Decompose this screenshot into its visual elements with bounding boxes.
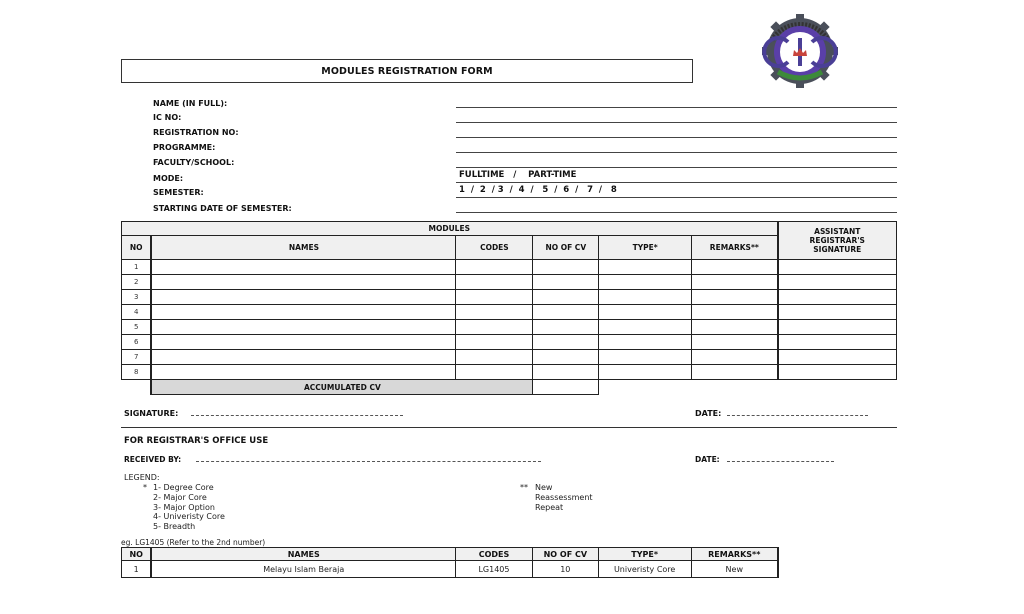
example-cv: 10 bbox=[532, 561, 598, 578]
row-number: 7 bbox=[122, 350, 152, 365]
example-col-no-of-cv: NO OF CV bbox=[532, 548, 598, 561]
module-remarks-cell[interactable] bbox=[692, 320, 778, 335]
col-no: NO bbox=[122, 236, 152, 260]
example-no: 1 bbox=[122, 561, 152, 578]
table-row: 6 bbox=[122, 335, 897, 350]
table-row: 1 bbox=[122, 260, 897, 275]
module-cv-cell[interactable] bbox=[533, 350, 599, 365]
module-code-cell[interactable] bbox=[456, 320, 533, 335]
mode-field-line bbox=[456, 182, 897, 183]
col-type: TYPE* bbox=[599, 236, 692, 260]
name-label: NAME (IN FULL): bbox=[153, 98, 227, 110]
signature-date-field[interactable] bbox=[727, 415, 868, 416]
example-name: Melayu Islam Beraja bbox=[151, 561, 455, 578]
mode-options[interactable]: FULLTIME / PART-TIME bbox=[459, 169, 576, 181]
row-number: 6 bbox=[122, 335, 152, 350]
starting-date-field[interactable] bbox=[456, 212, 897, 213]
module-remarks-cell[interactable] bbox=[692, 290, 778, 305]
module-type-cell[interactable] bbox=[599, 305, 692, 320]
module-type-cell[interactable] bbox=[599, 365, 692, 380]
blank-cell bbox=[122, 380, 152, 395]
signature-label: SIGNATURE: bbox=[124, 409, 178, 418]
name-field[interactable] bbox=[456, 107, 897, 108]
signature-cell[interactable] bbox=[778, 335, 897, 350]
module-remarks-cell[interactable] bbox=[692, 350, 778, 365]
example-remarks: New bbox=[691, 561, 778, 578]
table-row: 7 bbox=[122, 350, 897, 365]
blank-cell bbox=[599, 380, 897, 395]
module-name-cell[interactable] bbox=[151, 275, 455, 290]
col-remarks: REMARKS** bbox=[692, 236, 778, 260]
signature-cell[interactable] bbox=[778, 305, 897, 320]
table-row: 1 Melayu Islam Beraja LG1405 10 Univeris… bbox=[122, 561, 779, 578]
received-by-label: RECEIVED BY: bbox=[124, 455, 181, 464]
semester-field-line bbox=[456, 197, 897, 198]
row-number: 8 bbox=[122, 365, 152, 380]
faculty-field[interactable] bbox=[456, 167, 897, 168]
module-name-cell[interactable] bbox=[151, 305, 455, 320]
example-col-names: NAMES bbox=[151, 548, 455, 561]
table-row: 2 bbox=[122, 275, 897, 290]
module-code-cell[interactable] bbox=[456, 365, 533, 380]
module-name-cell[interactable] bbox=[151, 290, 455, 305]
mode-label: MODE: bbox=[153, 173, 183, 185]
module-code-cell[interactable] bbox=[456, 335, 533, 350]
module-cv-cell[interactable] bbox=[533, 365, 599, 380]
signature-field[interactable] bbox=[191, 415, 403, 416]
row-number: 2 bbox=[122, 275, 152, 290]
ic-no-label: IC NO: bbox=[153, 112, 181, 124]
signature-cell[interactable] bbox=[778, 290, 897, 305]
col-codes: CODES bbox=[456, 236, 533, 260]
module-code-cell[interactable] bbox=[456, 290, 533, 305]
form-title: MODULES REGISTRATION FORM bbox=[121, 59, 693, 83]
assistant-registrar-signature-header: ASSISTANT REGISTRAR'S SIGNATURE bbox=[778, 222, 897, 260]
module-remarks-cell[interactable] bbox=[692, 260, 778, 275]
received-by-field[interactable] bbox=[196, 461, 541, 462]
example-code: LG1405 bbox=[456, 561, 533, 578]
legend-item: 3- Major Option bbox=[153, 503, 225, 513]
registrar-date-label: DATE: bbox=[695, 455, 720, 464]
programme-label: PROGRAMME: bbox=[153, 142, 215, 154]
example-col-no: NO bbox=[122, 548, 152, 561]
modules-group-header: MODULES bbox=[122, 222, 778, 236]
legend-item: 2- Major Core bbox=[153, 493, 225, 503]
col-no-of-cv: NO OF CV bbox=[533, 236, 599, 260]
remarks-legend: New Reassessment Repeat bbox=[535, 483, 593, 512]
example-col-codes: CODES bbox=[456, 548, 533, 561]
example-col-type: TYPE* bbox=[598, 548, 691, 561]
registrar-section-title: FOR REGISTRAR'S OFFICE USE bbox=[124, 436, 268, 446]
row-number: 5 bbox=[122, 320, 152, 335]
module-remarks-cell[interactable] bbox=[692, 365, 778, 380]
module-type-cell[interactable] bbox=[599, 260, 692, 275]
faculty-label: FACULTY/SCHOOL: bbox=[153, 157, 234, 169]
example-table: NO NAMES CODES NO OF CV TYPE* REMARKS** … bbox=[121, 547, 779, 578]
row-number: 4 bbox=[122, 305, 152, 320]
legend-item: Repeat bbox=[535, 503, 593, 513]
semester-label: SEMESTER: bbox=[153, 187, 204, 199]
registration-no-label: REGISTRATION NO: bbox=[153, 127, 239, 139]
legend-item: 1- Degree Core bbox=[153, 483, 225, 493]
legend-item: 5- Breadth bbox=[153, 522, 225, 532]
module-name-cell[interactable] bbox=[151, 335, 455, 350]
col-names: NAMES bbox=[151, 236, 455, 260]
module-cv-cell[interactable] bbox=[533, 275, 599, 290]
registrar-date-field[interactable] bbox=[727, 461, 834, 462]
signature-cell[interactable] bbox=[778, 275, 897, 290]
module-name-cell[interactable] bbox=[151, 350, 455, 365]
accumulated-cv-label: ACCUMULATED CV bbox=[151, 380, 532, 395]
module-type-cell[interactable] bbox=[599, 290, 692, 305]
ic-no-field[interactable] bbox=[456, 122, 897, 123]
module-code-cell[interactable] bbox=[456, 275, 533, 290]
legend-item: New bbox=[535, 483, 593, 493]
signature-cell[interactable] bbox=[778, 320, 897, 335]
table-row: 8 bbox=[122, 365, 897, 380]
university-logo bbox=[748, 12, 852, 90]
example-col-remarks: REMARKS** bbox=[691, 548, 778, 561]
signature-date-label: DATE: bbox=[695, 409, 721, 418]
example-note: eg. LG1405 (Refer to the 2nd number) bbox=[121, 538, 265, 547]
table-row: 4 bbox=[122, 305, 897, 320]
divider bbox=[121, 427, 897, 428]
module-type-cell[interactable] bbox=[599, 320, 692, 335]
module-cv-cell[interactable] bbox=[533, 260, 599, 275]
example-type: Univeristy Core bbox=[598, 561, 691, 578]
module-cv-cell[interactable] bbox=[533, 335, 599, 350]
row-number: 3 bbox=[122, 290, 152, 305]
table-row: 5 bbox=[122, 320, 897, 335]
remarks-legend-marker: ** bbox=[520, 483, 528, 493]
module-name-cell[interactable] bbox=[151, 260, 455, 275]
programme-field[interactable] bbox=[456, 152, 897, 153]
module-name-cell[interactable] bbox=[151, 365, 455, 380]
module-name-cell[interactable] bbox=[151, 320, 455, 335]
module-remarks-cell[interactable] bbox=[692, 335, 778, 350]
legend-title: LEGEND: bbox=[124, 473, 160, 483]
legend-item: 4- Univeristy Core bbox=[153, 512, 225, 522]
module-cv-cell[interactable] bbox=[533, 320, 599, 335]
type-legend-marker: * bbox=[143, 483, 147, 493]
module-code-cell[interactable] bbox=[456, 260, 533, 275]
accumulated-cv-row: ACCUMULATED CV bbox=[122, 380, 897, 395]
signature-cell[interactable] bbox=[778, 350, 897, 365]
registration-no-field[interactable] bbox=[456, 137, 897, 138]
table-row: 3 bbox=[122, 290, 897, 305]
legend-item: Reassessment bbox=[535, 493, 593, 503]
module-cv-cell[interactable] bbox=[533, 305, 599, 320]
module-type-cell[interactable] bbox=[599, 335, 692, 350]
row-number: 1 bbox=[122, 260, 152, 275]
module-cv-cell[interactable] bbox=[533, 290, 599, 305]
signature-cell[interactable] bbox=[778, 260, 897, 275]
type-legend: 1- Degree Core 2- Major Core 3- Major Op… bbox=[153, 483, 225, 532]
semester-options[interactable]: 1 / 2 / 3 / 4 / 5 / 6 / 7 / 8 bbox=[459, 184, 617, 196]
starting-date-label: STARTING DATE OF SEMESTER: bbox=[153, 203, 292, 215]
module-type-cell[interactable] bbox=[599, 350, 692, 365]
module-code-cell[interactable] bbox=[456, 305, 533, 320]
module-type-cell[interactable] bbox=[599, 275, 692, 290]
module-code-cell[interactable] bbox=[456, 350, 533, 365]
modules-table: MODULES ASSISTANT REGISTRAR'S SIGNATURE … bbox=[121, 221, 897, 395]
signature-cell[interactable] bbox=[778, 365, 897, 380]
module-remarks-cell[interactable] bbox=[692, 305, 778, 320]
module-remarks-cell[interactable] bbox=[692, 275, 778, 290]
accumulated-cv-value[interactable] bbox=[533, 380, 599, 395]
